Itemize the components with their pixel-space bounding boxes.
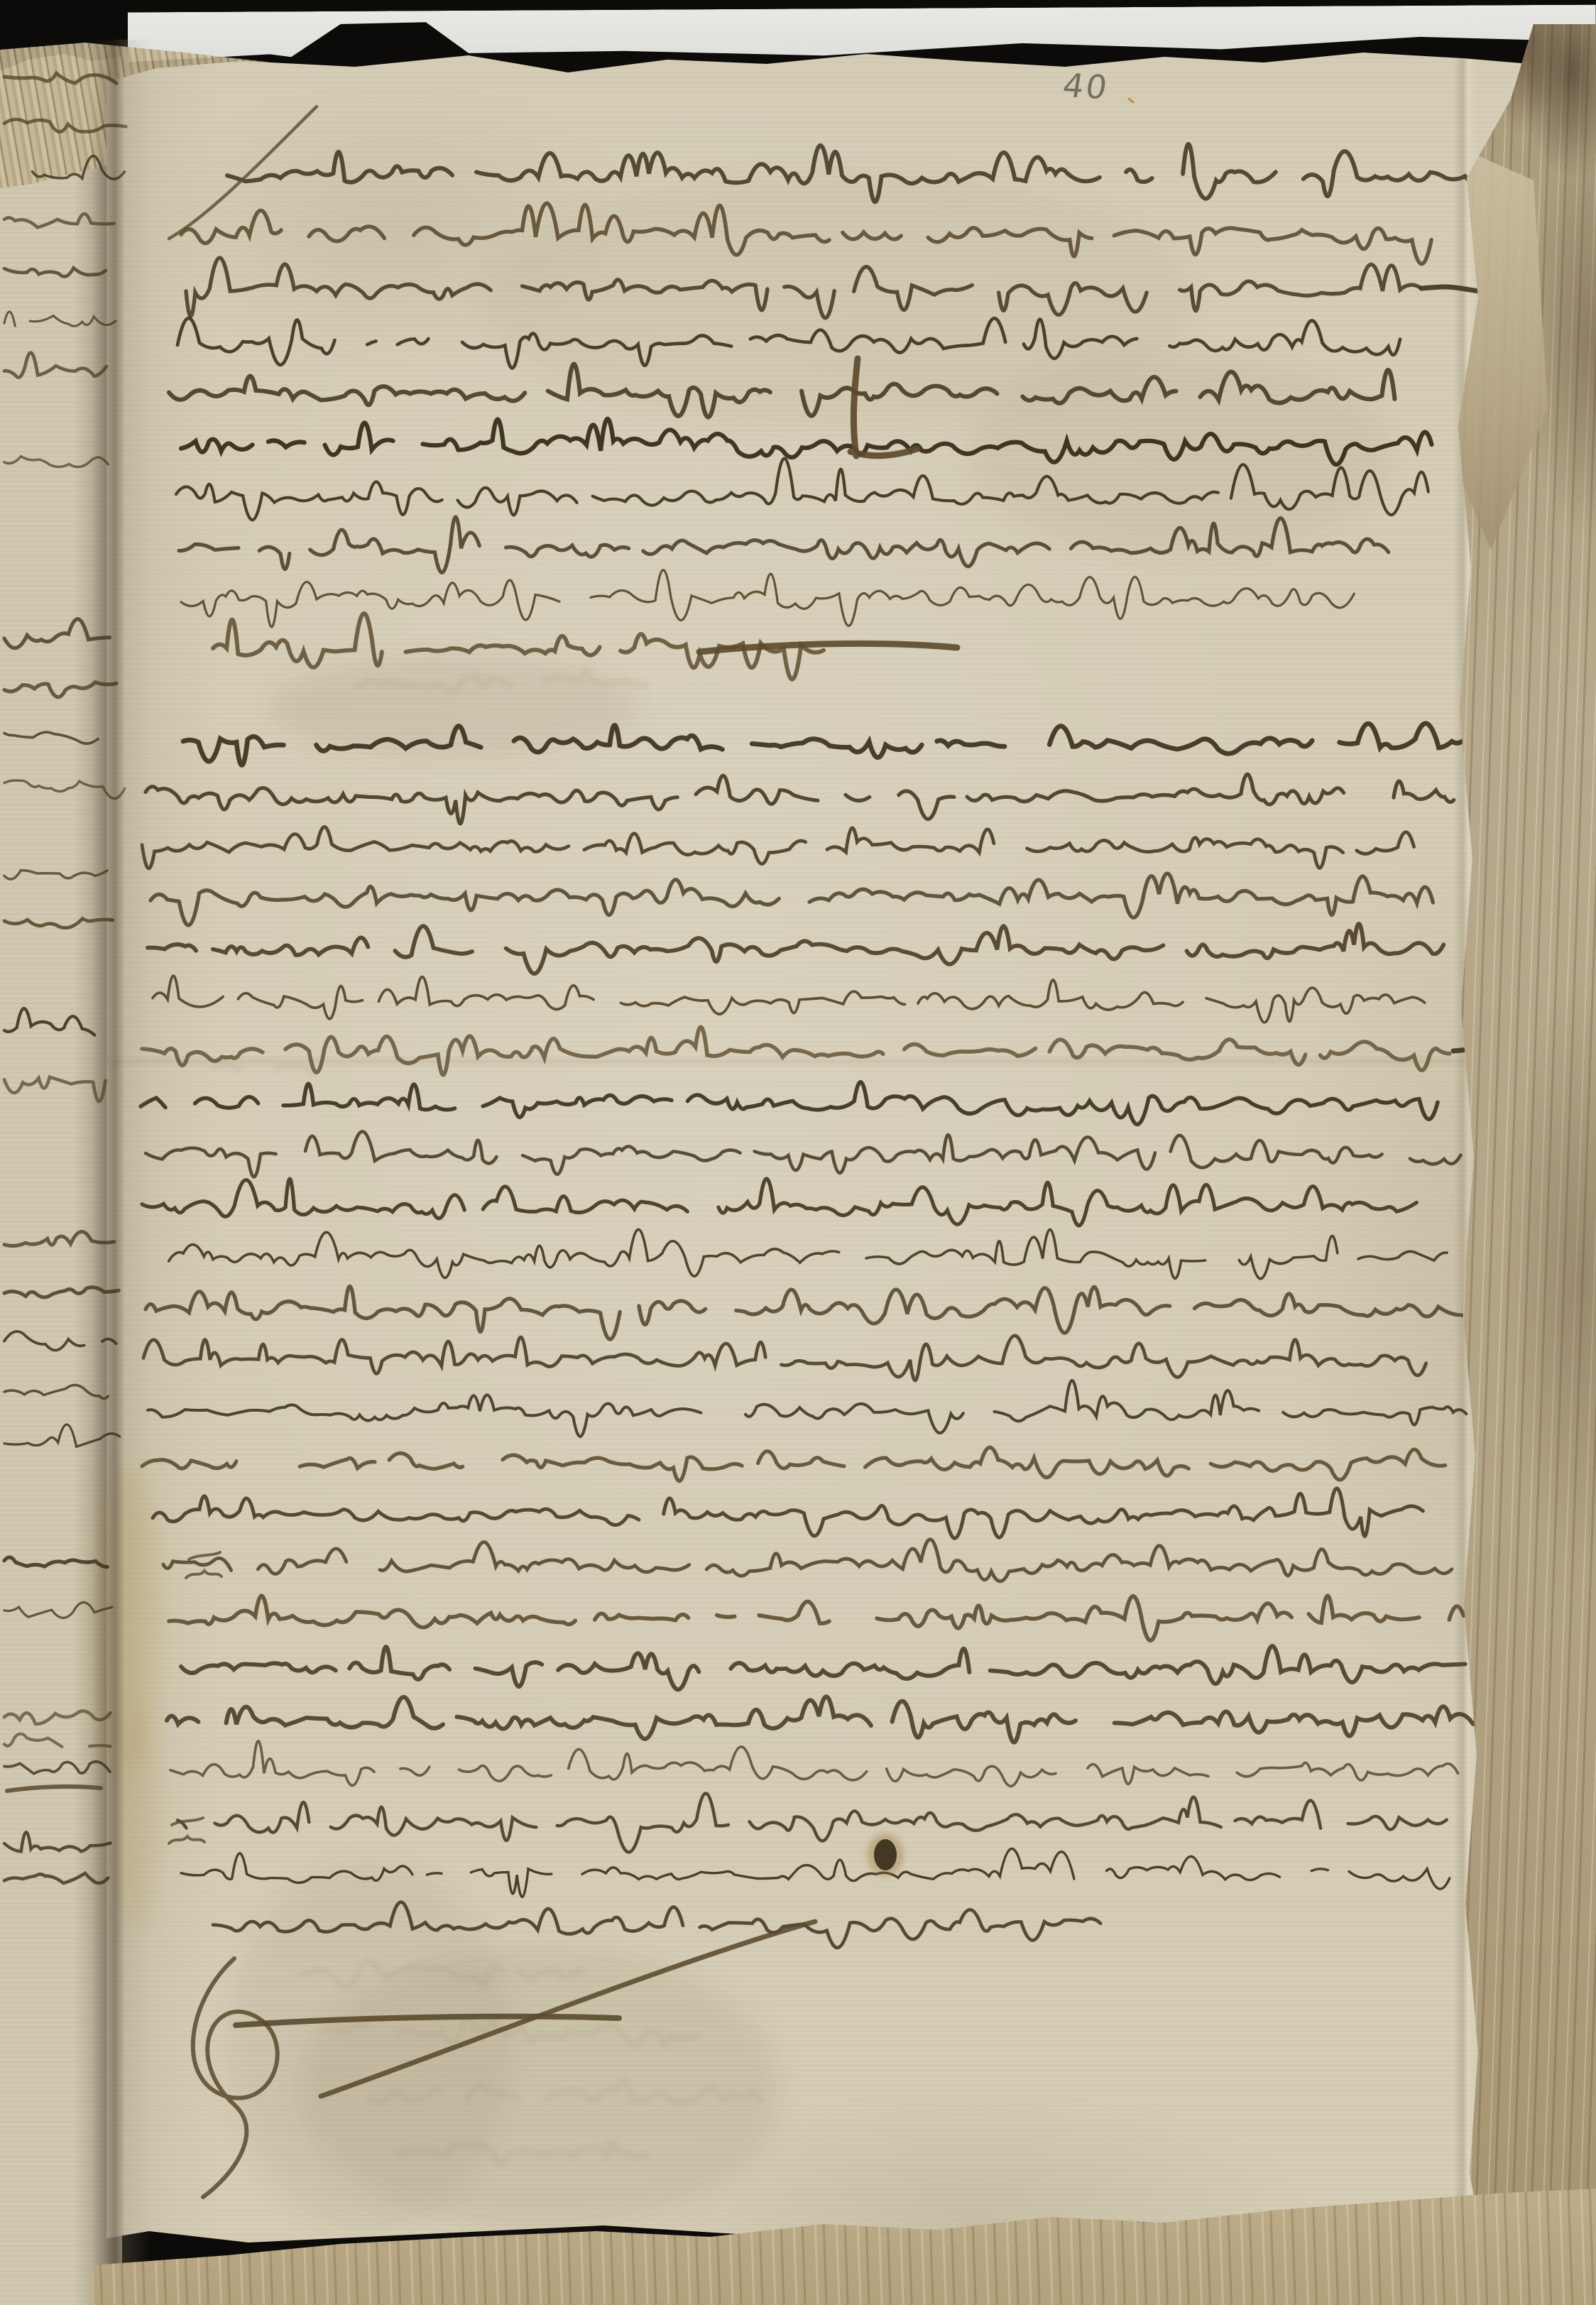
folio-number: 40 xyxy=(1059,66,1152,120)
binding-gutter-shadow xyxy=(91,40,151,2305)
ink-blot xyxy=(867,1833,904,1876)
handwriting-ink-layer xyxy=(0,0,1596,2305)
facing-page-underline xyxy=(7,1787,101,1791)
manuscript-photograph: 40 xyxy=(0,0,1596,2305)
margin-abbreviation-2 xyxy=(169,1818,204,1843)
